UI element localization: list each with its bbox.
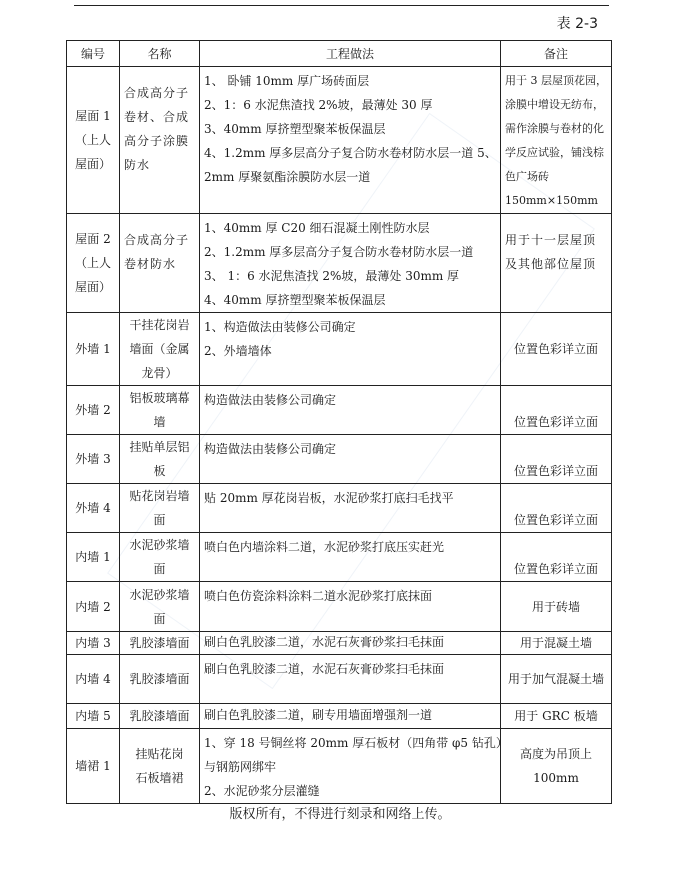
cell-method: 刷白色乳胶漆二道，刷专用墙面增强剂一道 xyxy=(200,704,501,729)
table-row: 外墙 4 贴花岗岩墙面 贴 20mm 厚花岗岩板，水泥砂浆打底扫毛找平 位置色彩… xyxy=(67,484,612,533)
cell-name: 挂贴单层铝板 xyxy=(120,435,200,484)
cell-name: 水泥砂浆墙面 xyxy=(120,533,200,582)
cell-method: 1、构造做法由装修公司确定 2、外墙墙体 xyxy=(200,313,501,386)
construction-spec-table: 编号 名称 工程做法 备注 屋面 1 （上人 屋面） 合成高分子卷材、合成高分子… xyxy=(66,40,612,804)
table-row: 外墙 1 干挂花岗岩墙面（金属龙骨） 1、构造做法由装修公司确定 2、外墙墙体 … xyxy=(67,313,612,386)
cell-name: 干挂花岗岩墙面（金属龙骨） xyxy=(120,313,200,386)
table-caption: 表 2-3 xyxy=(557,13,598,33)
table-row: 屋面 2 （上人 屋面） 合成高分子卷材防水 1、40mm 厚 C20 细石混凝… xyxy=(67,214,612,313)
cell-remark: 用于十一层屋顶及其他部位屋顶 xyxy=(501,214,612,313)
table-row: 屋面 1 （上人 屋面） 合成高分子卷材、合成高分子涂膜防水 1、 卧铺 10m… xyxy=(67,67,612,214)
cell-remark: 高度为吊顶上 100mm xyxy=(501,729,612,804)
cell-code: 外墙 3 xyxy=(67,435,120,484)
cell-code: 内墙 3 xyxy=(67,632,120,655)
table-row: 内墙 2 水泥砂浆墙面 喷白色仿瓷涂料涂料二道水泥砂浆打底抹面 用于砖墙 xyxy=(67,582,612,632)
header-name: 名称 xyxy=(120,41,200,67)
header-code: 编号 xyxy=(67,41,120,67)
cell-method: 构造做法由装修公司确定 xyxy=(200,435,501,484)
header-method: 工程做法 xyxy=(200,41,501,67)
cell-code: 屋面 1 （上人 屋面） xyxy=(67,67,120,214)
cell-code: 外墙 2 xyxy=(67,386,120,435)
table-row: 外墙 3 挂贴单层铝板 构造做法由装修公司确定 位置色彩详立面 xyxy=(67,435,612,484)
cell-remark: 位置色彩详立面 xyxy=(501,313,612,386)
cell-name: 合成高分子卷材、合成高分子涂膜防水 xyxy=(120,67,200,214)
cell-code: 内墙 5 xyxy=(67,704,120,729)
cell-remark: 位置色彩详立面 xyxy=(501,386,612,435)
cell-code: 内墙 4 xyxy=(67,655,120,704)
cell-name: 贴花岗岩墙面 xyxy=(120,484,200,533)
table-row: 外墙 2 铝板玻璃幕墙 构造做法由装修公司确定 位置色彩详立面 xyxy=(67,386,612,435)
table-row: 墙裙 1 挂贴花岗石板墙裙 1、穿 18 号铜丝将 20mm 厚石板材（四角带 … xyxy=(67,729,612,804)
cell-method: 1、 卧铺 10mm 厚广场砖面层 2、1：6 水泥焦渣找 2%坡，最薄处 30… xyxy=(200,67,501,214)
table-row: 内墙 4 乳胶漆墙面 刷白色乳胶漆二道，水泥石灰膏砂浆扫毛抹面 用于加气混凝土墙 xyxy=(67,655,612,704)
cell-name: 乳胶漆墙面 xyxy=(120,632,200,655)
copyright-footer: 版权所有，不得进行刻录和网络上传。 xyxy=(0,803,680,822)
cell-name: 铝板玻璃幕墙 xyxy=(120,386,200,435)
cell-remark: 用于砖墙 xyxy=(501,582,612,632)
cell-remark: 用于 3 层屋顶花园，涂膜中增设无纺布，需作涂膜与卷材的化学反应试验，铺浅棕色广… xyxy=(501,67,612,214)
top-rule xyxy=(74,5,609,6)
table-header-row: 编号 名称 工程做法 备注 xyxy=(67,41,612,67)
cell-method: 喷白色仿瓷涂料涂料二道水泥砂浆打底抹面 xyxy=(200,582,501,632)
cell-method: 刷白色乳胶漆二道，水泥石灰膏砂浆扫毛抹面 xyxy=(200,632,501,655)
cell-code: 外墙 4 xyxy=(67,484,120,533)
cell-code: 内墙 2 xyxy=(67,582,120,632)
cell-method: 1、40mm 厚 C20 细石混凝土刚性防水层 2、1.2mm 厚多层高分子复合… xyxy=(200,214,501,313)
table-row: 内墙 1 水泥砂浆墙面 喷白色内墙涂料二道，水泥砂浆打底压实赶光 位置色彩详立面 xyxy=(67,533,612,582)
cell-method: 贴 20mm 厚花岗岩板，水泥砂浆打底扫毛找平 xyxy=(200,484,501,533)
cell-code: 屋面 2 （上人 屋面） xyxy=(67,214,120,313)
table-row: 内墙 5 乳胶漆墙面 刷白色乳胶漆二道，刷专用墙面增强剂一道 用于 GRC 板墙 xyxy=(67,704,612,729)
cell-remark: 用于混凝土墙 xyxy=(501,632,612,655)
cell-method: 刷白色乳胶漆二道，水泥石灰膏砂浆扫毛抹面 xyxy=(200,655,501,704)
cell-name: 乳胶漆墙面 xyxy=(120,655,200,704)
cell-remark: 用于加气混凝土墙 xyxy=(501,655,612,704)
cell-method: 1、穿 18 号铜丝将 20mm 厚石板材（四角带 φ5 钻孔） 与钢筋网绑牢 … xyxy=(200,729,501,804)
cell-name: 合成高分子卷材防水 xyxy=(120,214,200,313)
cell-remark: 位置色彩详立面 xyxy=(501,435,612,484)
cell-remark: 位置色彩详立面 xyxy=(501,533,612,582)
cell-name: 水泥砂浆墙面 xyxy=(120,582,200,632)
cell-name: 挂贴花岗石板墙裙 xyxy=(120,729,200,804)
cell-code: 外墙 1 xyxy=(67,313,120,386)
cell-code: 内墙 1 xyxy=(67,533,120,582)
cell-remark: 用于 GRC 板墙 xyxy=(501,704,612,729)
cell-code: 墙裙 1 xyxy=(67,729,120,804)
cell-remark: 位置色彩详立面 xyxy=(501,484,612,533)
cell-method: 喷白色内墙涂料二道，水泥砂浆打底压实赶光 xyxy=(200,533,501,582)
header-remark: 备注 xyxy=(501,41,612,67)
table-row: 内墙 3 乳胶漆墙面 刷白色乳胶漆二道，水泥石灰膏砂浆扫毛抹面 用于混凝土墙 xyxy=(67,632,612,655)
cell-method: 构造做法由装修公司确定 xyxy=(200,386,501,435)
cell-name: 乳胶漆墙面 xyxy=(120,704,200,729)
